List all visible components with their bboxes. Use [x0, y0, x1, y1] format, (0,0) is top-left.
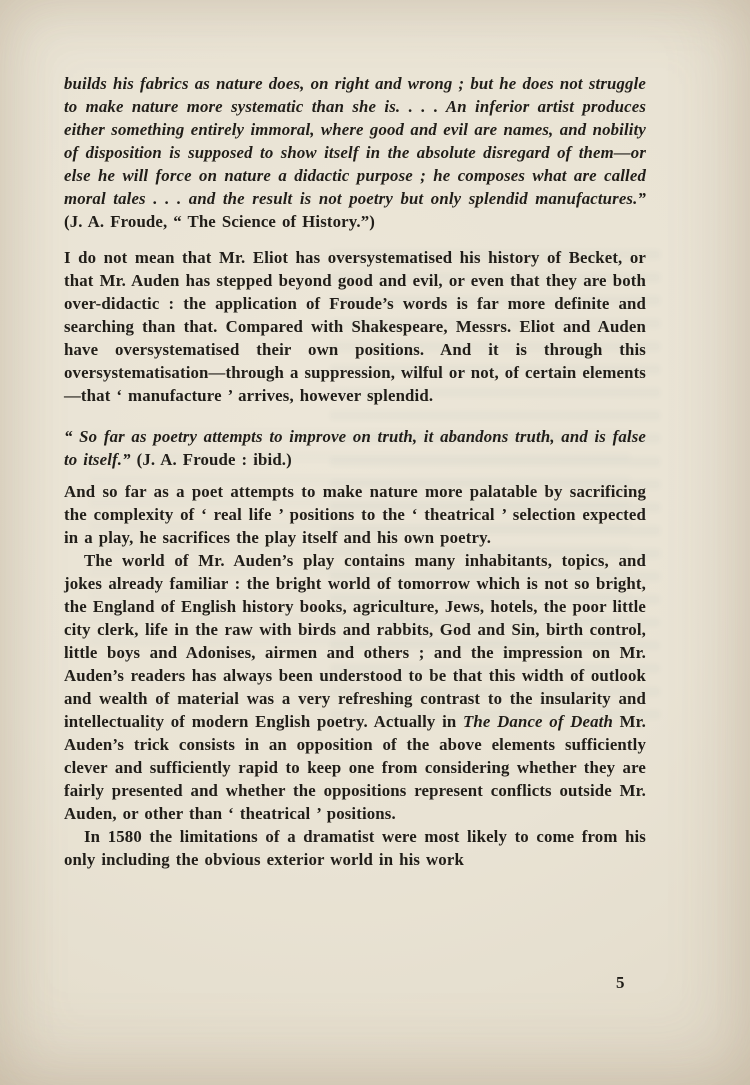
roman-text-run: And so far as a poet attempts to make na… [64, 482, 646, 547]
italic-text-run: The Dance of Death [463, 712, 613, 731]
paragraph-eliot-auden: I do not mean that Mr. Eliot has oversys… [64, 246, 646, 407]
paragraph-1580: In 1580 the limitations of a dramatist w… [64, 825, 646, 871]
page-number: 5 [616, 973, 625, 993]
book-page: builds his fabrics as nature does, on ri… [0, 0, 750, 1085]
text-column: builds his fabrics as nature does, on ri… [64, 72, 646, 871]
roman-text-run: (J. A. Froude, “ The Science of History.… [64, 212, 375, 231]
paragraph-poet-sacrifice: And so far as a poet attempts to make na… [64, 480, 646, 549]
roman-text-run: (J. A. Froude : ibid.) [131, 450, 292, 469]
roman-text-run: I do not mean that Mr. Eliot has oversys… [64, 248, 646, 405]
italic-text-run: builds his fabrics as nature does, on ri… [64, 74, 646, 208]
paragraph-auden-world: The world of Mr. Auden’s play contains m… [64, 549, 646, 825]
roman-text-run: The world of Mr. Auden’s play contains m… [64, 551, 646, 731]
froude-quote-1: builds his fabrics as nature does, on ri… [64, 72, 646, 233]
roman-text-run: In 1580 the limitations of a dramatist w… [64, 827, 646, 869]
froude-quote-2: “ So far as poetry attempts to improve o… [64, 425, 646, 471]
